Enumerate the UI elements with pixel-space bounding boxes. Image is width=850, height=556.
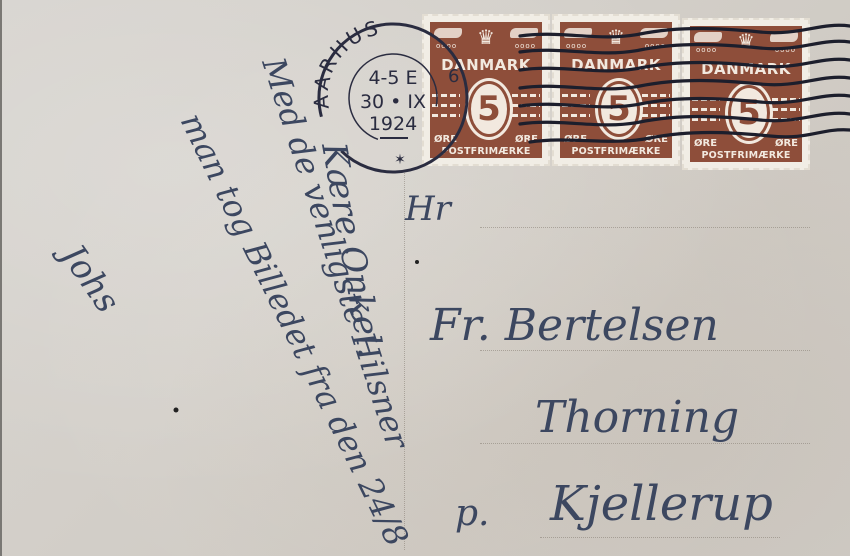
address-place: Thorning: [535, 392, 739, 443]
address-post-town: Kjellerup: [549, 476, 773, 532]
star-icon: ✶: [394, 152, 406, 168]
address-block: Hr Fr. Bertelsen Thorning p. Kjellerup: [404, 189, 773, 534]
postmark-year: 1924: [369, 113, 417, 135]
postmark-date: 30 • IX: [360, 91, 426, 113]
ink-overlay: AARHUS 6 4-5 E 30 • IX 1924 ✶ Hr Fr. Ber…: [0, 0, 850, 556]
address-salutation: Hr: [404, 189, 453, 229]
address-name: Fr. Bertelsen: [429, 300, 719, 351]
signature: Johs: [49, 232, 127, 320]
postmark-time: 4-5 E: [368, 67, 417, 89]
postmark-office-code: 6: [448, 66, 459, 87]
cancellation-lines: [520, 25, 850, 142]
address-via: p.: [455, 493, 490, 534]
postcard-back: ♛ oooooooo DANMARK 5 ØRE ØRE POSTFRIMÆRK…: [0, 0, 850, 556]
message-block: Kære Onkel. Med de venligste Hilsner man…: [49, 52, 419, 552]
